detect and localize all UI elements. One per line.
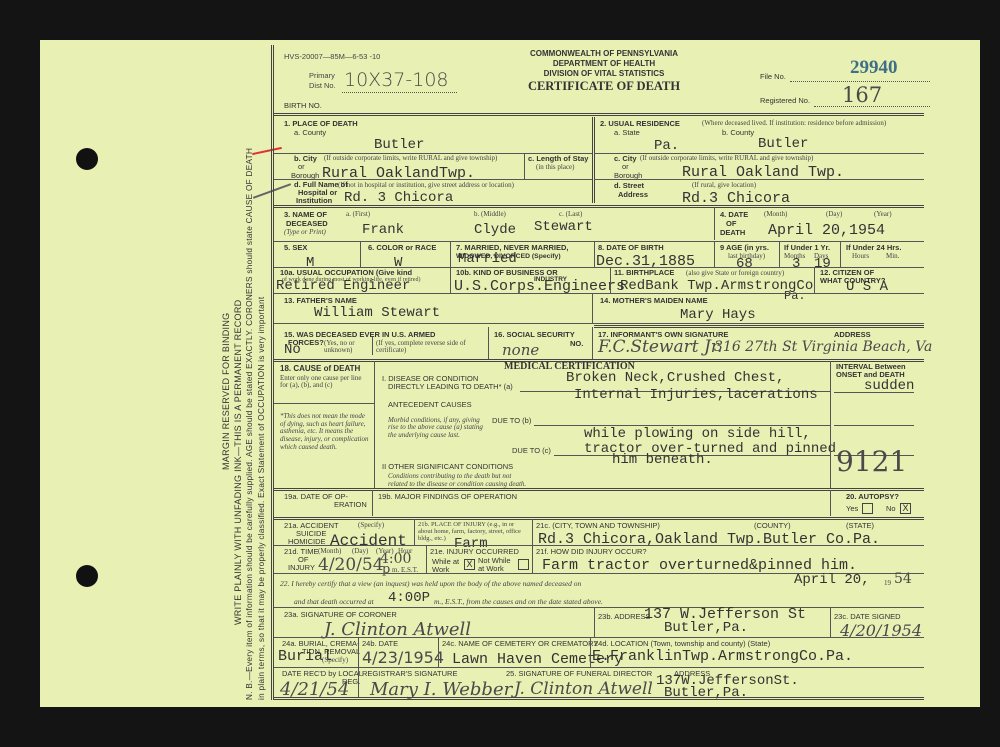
birthplace-state: Pa. (784, 289, 806, 303)
residence-county: Butler (758, 136, 808, 152)
birth-no-label: BIRTH NO. (284, 102, 322, 110)
issuing-authority: COMMONWEALTH OF PENNSYLVANIA DEPARTMENT … (504, 49, 704, 95)
death-hospital: Rd. 3 Chicora (344, 190, 453, 206)
registered-no: 167 (842, 83, 882, 107)
place-of-death-label: 1. PLACE OF DEATH (284, 120, 358, 128)
inquest-date: April 20, (794, 572, 870, 588)
informant-signature: F.C.Stewart Jr. (598, 337, 722, 357)
deceased-last-name: Stewart (534, 219, 593, 235)
disposition-type: Burial (278, 648, 332, 665)
while-at-work-checkbox[interactable]: X (464, 559, 475, 570)
inquest-year: 54 (894, 571, 912, 587)
cause-c: him beneath. (612, 452, 713, 468)
death-time: 4:00P (388, 590, 430, 606)
margin-line-1: MARGIN RESERVED FOR BINDING (221, 313, 231, 470)
form-code: HVS-20007—85M—6-53 -10 (284, 53, 380, 61)
not-at-work-checkbox[interactable] (518, 559, 529, 570)
armed-forces: No (284, 342, 301, 358)
punch-hole-bottom (76, 565, 98, 587)
mother-maiden-name: Mary Hays (680, 307, 756, 323)
primary-dist-no: 10X37-108 (344, 69, 449, 91)
deceased-first-name: Frank (362, 222, 404, 238)
margin-line-3: N. B.—Every item of information should b… (245, 148, 254, 700)
deceased-middle-name: Clyde (474, 222, 516, 238)
certificate-title: CERTIFICATE OF DEATH (504, 79, 704, 95)
marital-status: Married (458, 251, 517, 267)
dist-no-label: Dist No. (309, 82, 336, 90)
burial-date: 4/23/1954 (362, 648, 444, 667)
date-of-death: April 20,1954 (768, 222, 885, 239)
cause-a-line-1: Broken Neck,Crushed Chest, (566, 370, 784, 386)
cemetery-location: E.FranklinTwp.ArmstrongCo.Pa. (592, 648, 853, 665)
injury-date: 4/20/54 (318, 555, 384, 575)
age-months: 3 (792, 256, 800, 272)
cause-a-line-2: Internal Injuries,lacerations (574, 387, 818, 403)
usual-residence-label: 2. USUAL RESIDENCE (600, 120, 680, 128)
registered-no-label: Registered No. (760, 97, 810, 105)
primary-label: Primary (309, 72, 335, 80)
margin-line-2: WRITE PLAINLY WITH UNFADING INK—THIS IS … (233, 300, 243, 625)
coroner-address-2: Butler,Pa. (664, 620, 748, 636)
file-no-label: File No. (760, 73, 786, 81)
file-no: 29940 (850, 57, 898, 79)
social-security-no: none (502, 341, 539, 359)
injury-type: Accident (330, 532, 407, 550)
punch-hole-top (76, 148, 98, 170)
usual-occupation: Retired Engineer (276, 278, 410, 294)
father-name: William Stewart (314, 305, 440, 321)
residence-state: Pa. (654, 138, 679, 154)
autopsy-no-checkbox[interactable]: X (900, 503, 911, 514)
informant-address: 316 27th St Virginia Beach, Va (714, 339, 932, 355)
funeral-director-signature: J. Clinton Atwell (514, 679, 653, 699)
autopsy-yes-checkbox[interactable] (862, 503, 873, 514)
handwritten-code: 9121 (836, 445, 907, 478)
certificate-paper: MARGIN RESERVED FOR BINDING WRITE PLAINL… (40, 40, 980, 707)
death-certificate-form: HVS-20007—85M—6-53 -10 Primary Dist No. … (271, 45, 964, 700)
death-county: Butler (374, 137, 424, 153)
cause-b-line-1: while plowing on side hill, (584, 426, 811, 442)
margin-line-4: in plain terms, so that it may be proper… (257, 297, 266, 700)
